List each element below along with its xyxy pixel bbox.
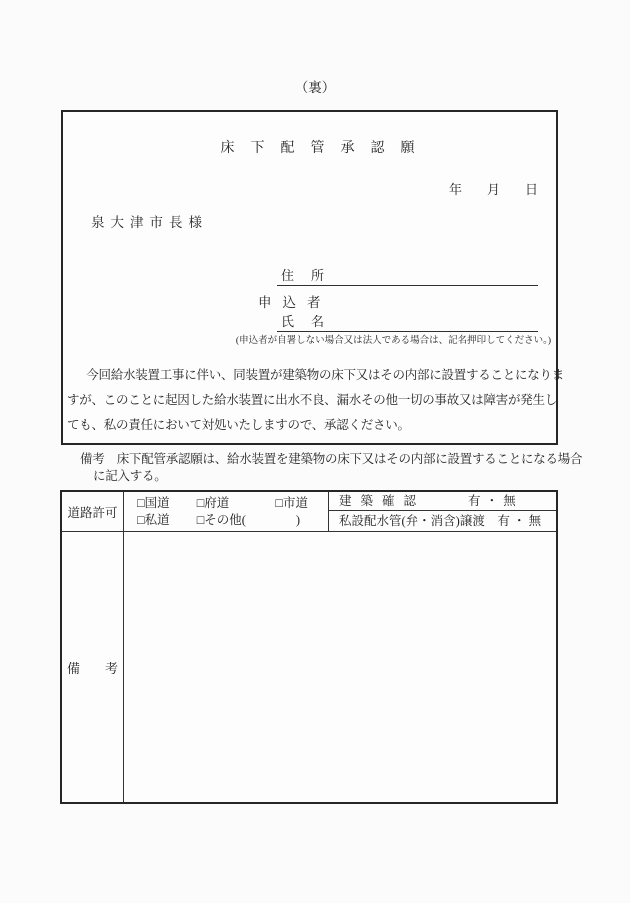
name-field-line: 氏 名 <box>277 311 538 332</box>
signature-note: (申込者が自署しない場合又は法人である場合は、記名押印してください。) <box>236 335 551 347</box>
form-title: 床下配管承認願 <box>63 139 556 159</box>
day-label: 日 <box>525 181 538 199</box>
page-side-label: （裏） <box>0 80 630 96</box>
building-confirmation-label: 建築確認 <box>339 494 425 508</box>
address-field-line: 住 所 <box>277 265 538 286</box>
address-label: 住 所 <box>281 268 326 283</box>
option-label: 国道 <box>145 496 170 510</box>
option-label: その他( ) <box>204 513 300 527</box>
remarks-content-cell <box>124 532 556 802</box>
checkbox-icon: □ <box>137 513 145 527</box>
request-form-box: 床下配管承認願 年月日 泉大津市長様 申込者 住 所 氏 名 (申込者が自署しな… <box>61 110 558 445</box>
option-label: 私道 <box>145 513 170 527</box>
building-confirmation-choices: 有 ・ 無 <box>468 492 517 510</box>
checkbox-icon: □ <box>275 496 283 510</box>
checkbox-option-prefectural-road: □府道 <box>197 495 230 512</box>
road-options-cell: □国道 □府道 □市道 □私道 □その他( ) <box>124 492 328 531</box>
body-paragraph: 今回給水装置工事に伴い、同装置が建築物の床下又はその内部に設置することになりま … <box>67 363 551 438</box>
road-permit-label: 道路許可 <box>67 503 117 521</box>
remarks-label-char: 考 <box>105 658 118 677</box>
checkbox-option-city-road: □市道 <box>275 495 308 512</box>
option-label: 府道 <box>204 496 229 510</box>
year-label: 年 <box>449 182 462 197</box>
remarks-label-cell: 備 考 <box>62 532 123 802</box>
checkbox-option-national-road: □国道 <box>137 495 170 512</box>
checkbox-icon: □ <box>137 496 145 510</box>
remarks-note: 備考 床下配管承認願は、給水装置を建築物の床下又はその内部に設置することになる場… <box>80 451 582 485</box>
name-label: 氏 名 <box>281 314 326 329</box>
body-line: すが、このことに起因した給水装置に出水不良、漏水その他一切の事故又は障害が発生し <box>67 388 551 413</box>
applicant-label: 申込者 <box>258 295 332 311</box>
road-options-row: □国道 □府道 □市道 <box>137 495 328 512</box>
body-line: 今回給水装置工事に伴い、同装置が建築物の床下又はその内部に設置することになりま <box>67 363 551 388</box>
road-permit-table: 道路許可 □国道 □府道 □市道 □私道 □その他( ) 建築確認 有 ・ 無 … <box>60 490 558 804</box>
road-options-row: □私道 □その他( ) <box>137 512 328 529</box>
month-label: 月 <box>487 181 500 199</box>
option-label: 市道 <box>283 496 308 510</box>
remarks-label-char: 備 <box>67 658 80 677</box>
building-confirmation-row: 建築確認 有 ・ 無 <box>329 492 556 510</box>
date-line: 年月日 <box>449 181 538 199</box>
private-pipe-transfer-row: 私設配水管(弁・消含)譲渡 有 ・ 無 <box>329 511 556 531</box>
road-permit-label-cell: 道路許可 <box>62 492 123 531</box>
body-line: ても、私の責任において対処いたしますので、承認ください。 <box>67 413 551 438</box>
remarks-note-line: 備考 床下配管承認願は、給水装置を建築物の床下又はその内部に設置することになる場… <box>80 451 582 468</box>
checkbox-option-other-road: □その他( ) <box>197 512 300 529</box>
checkbox-option-private-road: □私道 <box>137 512 170 529</box>
remarks-note-line: に記入する。 <box>80 468 582 485</box>
addressee: 泉大津市長様 <box>91 215 208 231</box>
